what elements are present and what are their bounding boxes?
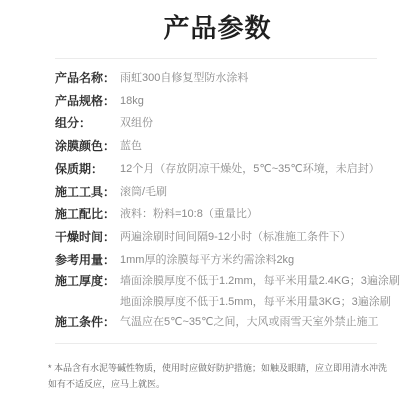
safety-footnote: * 本品含有水泥等碱性物质，使用时应做好防护措施；如触及眼睛，应立即用清水冲洗 …	[48, 360, 390, 392]
row-value: 雨虹300自修复型防水涂料	[120, 67, 400, 90]
table-row-components: 组分： 双组份	[55, 112, 400, 135]
row-label: 产品规格：	[55, 90, 120, 113]
page-title: 产品参数	[55, 0, 380, 43]
table-row-shelf-life: 保质期： 12个月（存放阴凉干燥处，5℃~35℃环境，未启封）	[55, 158, 400, 181]
row-value: 气温应在5℃~35℃之间，大风或雨雪天室外禁止施工	[120, 312, 400, 333]
table-row-product-spec: 产品规格： 18kg	[55, 90, 400, 113]
table-row-mix-ratio: 施工配比： 液料：粉料=10:8（重量比）	[55, 203, 400, 226]
row-value: 蓝色	[120, 135, 400, 158]
row-value: 12个月（存放阴凉干燥处，5℃~35℃环境，未启封）	[120, 158, 400, 181]
row-value: 液料：粉料=10:8（重量比）	[120, 203, 400, 226]
row-label: 参考用量：	[55, 249, 120, 272]
bottom-divider	[55, 343, 377, 344]
product-parameters-page: 产品参数 产品名称： 雨虹300自修复型防水涂料 产品规格： 18kg 组分： …	[0, 0, 400, 400]
row-label: 施工条件：	[55, 312, 120, 333]
row-label: 施工配比：	[55, 203, 120, 226]
row-value: 双组份	[120, 112, 400, 135]
row-label: 保质期：	[55, 158, 120, 181]
row-label: 施工工具：	[55, 181, 120, 204]
row-value: 两遍涂刷时间间隔9-12小时（标准施工条件下）	[120, 226, 400, 249]
table-row-drying-time: 干燥时间： 两遍涂刷时间间隔9-12小时（标准施工条件下）	[55, 226, 400, 249]
footnote-line-1: * 本品含有水泥等碱性物质，使用时应做好防护措施；如触及眼睛，应立即用清水冲洗	[48, 360, 390, 376]
row-label: 组分：	[55, 112, 120, 135]
row-label: 干燥时间：	[55, 226, 120, 249]
parameters-table: 产品名称： 雨虹300自修复型防水涂料 产品规格： 18kg 组分： 双组份 涂…	[55, 67, 400, 333]
table-row-working-conditions: 施工条件： 气温应在5℃~35℃之间，大风或雨雪天室外禁止施工	[55, 312, 400, 333]
row-value-line-floor: 地面涂膜厚度不低于1.5mm，每平米用量3KG；3遍涂刷	[120, 292, 400, 313]
row-value-line-wall: 墙面涂膜厚度不低于1.2mm，每平米用量2.4KG；3遍涂刷	[120, 271, 400, 292]
top-divider	[55, 58, 377, 59]
row-value: 1mm厚的涂膜每平方米约需涂料2kg	[120, 249, 400, 272]
footnote-line-2: 如有不适反应，应马上就医。	[48, 376, 390, 392]
table-row-tools: 施工工具： 滚筒/毛刷	[55, 181, 400, 204]
table-row-reference-dosage: 参考用量： 1mm厚的涂膜每平方米约需涂料2kg	[55, 249, 400, 272]
row-value: 18kg	[120, 90, 400, 113]
table-row-coating-color: 涂膜颜色： 蓝色	[55, 135, 400, 158]
table-row-product-name: 产品名称： 雨虹300自修复型防水涂料	[55, 67, 400, 90]
row-value: 墙面涂膜厚度不低于1.2mm，每平米用量2.4KG；3遍涂刷 地面涂膜厚度不低于…	[120, 271, 400, 312]
table-row-coating-thickness: 施工厚度： 墙面涂膜厚度不低于1.2mm，每平米用量2.4KG；3遍涂刷 地面涂…	[55, 271, 400, 312]
row-value: 滚筒/毛刷	[120, 181, 400, 204]
row-label: 产品名称：	[55, 67, 120, 90]
row-label: 施工厚度：	[55, 271, 120, 292]
row-label: 涂膜颜色：	[55, 135, 120, 158]
